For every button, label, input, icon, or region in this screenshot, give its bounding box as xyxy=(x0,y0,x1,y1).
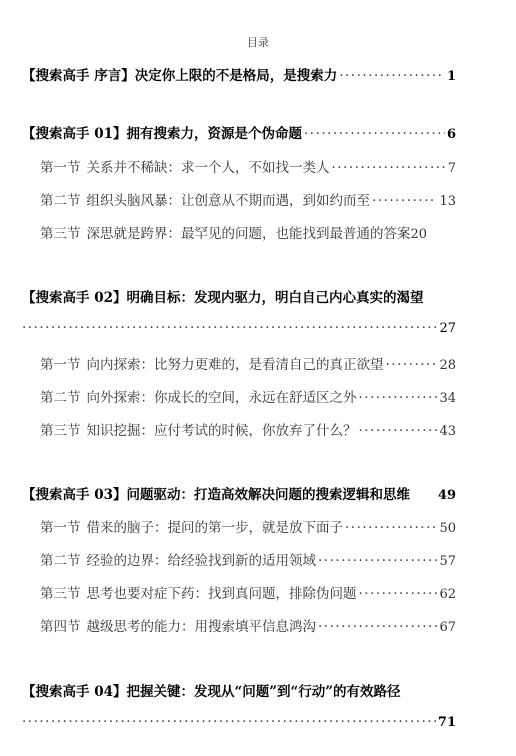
page-number: 71 xyxy=(438,715,456,730)
entry-text: 关系并不稀缺：求一个人，不如找一类人 xyxy=(87,156,330,176)
entry-text: 【搜索高手 序言】决定你上限的不是格局，是搜索力 xyxy=(22,64,337,84)
toc-chapter-04[interactable]: 【搜索高手 04】把握关键：发现从“问题”到“行动”的有效路径 xyxy=(22,680,456,700)
section-label: 第三节 xyxy=(40,582,81,602)
entry-text: 知识挖掘：应付考试的时候，你放弃了什么？ xyxy=(87,419,357,439)
toc-section[interactable]: 第四节 越级思考的能力：用搜索填平信息鸿沟 67 xyxy=(40,615,456,635)
page-number: 7 xyxy=(448,161,456,176)
leader-dots xyxy=(359,586,438,602)
leader-dots xyxy=(22,320,437,336)
leader-dots xyxy=(318,553,437,569)
page-number: 1 xyxy=(447,69,456,84)
entry-text: 深思就是跨界：最罕见的问题，也能找到最普通的答案 xyxy=(87,222,411,242)
entry-text: 借来的脑子：提问的第一步，就是放下面子 xyxy=(87,516,344,536)
toc-section[interactable]: 第二节 组织头脑风暴：让创意从不期而遇，到如约而至 13 xyxy=(40,189,456,209)
toc-chapter-preface[interactable]: 【搜索高手 序言】决定你上限的不是格局，是搜索力 1 xyxy=(22,64,456,84)
section-label: 第二节 xyxy=(40,189,81,209)
toc-section[interactable]: 第二节 向外探索：你成长的空间，永远在舒适区之外 34 xyxy=(40,386,456,406)
section-label: 第一节 xyxy=(40,516,81,536)
section-label: 第二节 xyxy=(40,386,81,406)
leader-dots xyxy=(372,193,437,209)
leader-dots xyxy=(386,357,438,373)
toc-chapter-04-leader[interactable]: 71 xyxy=(22,714,456,730)
page-number: 49 xyxy=(438,488,456,503)
section-label: 第四节 xyxy=(40,615,81,635)
toc-chapter-03[interactable]: 【搜索高手 03】问题驱动：打造高效解决问题的搜索逻辑和思维 49 xyxy=(22,483,456,503)
entry-text: 向外探索：你成长的空间，永远在舒适区之外 xyxy=(87,386,357,406)
page-number: 27 xyxy=(439,321,456,336)
toc-section[interactable]: 第三节 思考也要对症下药：找到真问题，排除伪问题 62 xyxy=(40,582,456,602)
section-label: 第三节 xyxy=(40,419,81,439)
page-number: 57 xyxy=(439,554,456,569)
page-number: 20 xyxy=(411,227,428,242)
toc-section[interactable]: 第二节 经验的边界：给经验找到新的适用领域 57 xyxy=(40,549,456,569)
toc-chapter-01[interactable]: 【搜索高手 01】拥有搜索力，资源是个伪命题 6 xyxy=(22,122,456,142)
page-number: 13 xyxy=(439,194,456,209)
toc-section[interactable]: 第三节 深思就是跨界：最罕见的问题，也能找到最普通的答案 20 xyxy=(40,222,456,242)
page-number: 34 xyxy=(439,391,456,406)
section-label: 第一节 xyxy=(40,156,81,176)
toc-section[interactable]: 第一节 关系并不稀缺：求一个人，不如找一类人 7 xyxy=(40,156,456,176)
entry-text: 【搜索高手 02】明确目标：发现内驱力，明白自己内心真实的渴望 xyxy=(22,286,424,306)
leader-dots xyxy=(345,520,437,536)
page-number: 6 xyxy=(447,127,456,142)
toc-section[interactable]: 第一节 借来的脑子：提问的第一步，就是放下面子 50 xyxy=(40,516,456,536)
toc-chapter-02-leader[interactable]: 27 xyxy=(22,320,456,336)
page-number: 28 xyxy=(439,358,456,373)
entry-text: 【搜索高手 04】把握关键：发现从“问题”到“行动”的有效路径 xyxy=(22,680,401,700)
toc-section[interactable]: 第一节 向内探索：比努力更难的，是看清自己的真正欲望 28 xyxy=(40,353,456,373)
page-number: 67 xyxy=(439,620,456,635)
entry-text: 组织头脑风暴：让创意从不期而遇，到如约而至 xyxy=(87,189,371,209)
section-label: 第二节 xyxy=(40,549,81,569)
section-label: 第三节 xyxy=(40,222,81,242)
entry-text: 【搜索高手 01】拥有搜索力，资源是个伪命题 xyxy=(22,122,302,142)
entry-text: 向内探索：比努力更难的，是看清自己的真正欲望 xyxy=(87,353,384,373)
leader-dots xyxy=(304,126,445,142)
leader-dots xyxy=(22,714,436,730)
leader-dots xyxy=(359,390,438,406)
entry-text: 思考也要对症下药：找到真问题，排除伪问题 xyxy=(87,582,357,602)
entry-text: 越级思考的能力：用搜索填平信息鸿沟 xyxy=(87,615,317,635)
leader-dots xyxy=(318,619,437,635)
leader-dots xyxy=(332,160,446,176)
leader-dots xyxy=(359,423,438,439)
page-number: 50 xyxy=(439,521,456,536)
toc-title: 目录 xyxy=(0,34,516,50)
entry-text: 经验的边界：给经验找到新的适用领域 xyxy=(87,549,317,569)
toc-chapter-02[interactable]: 【搜索高手 02】明确目标：发现内驱力，明白自己内心真实的渴望 xyxy=(22,286,456,306)
section-label: 第一节 xyxy=(40,353,81,373)
leader-dots xyxy=(339,68,445,84)
entry-text: 【搜索高手 03】问题驱动：打造高效解决问题的搜索逻辑和思维 xyxy=(22,483,410,503)
page-number: 62 xyxy=(439,587,456,602)
toc-section[interactable]: 第三节 知识挖掘：应付考试的时候，你放弃了什么？ 43 xyxy=(40,419,456,439)
page-number: 43 xyxy=(439,424,456,439)
